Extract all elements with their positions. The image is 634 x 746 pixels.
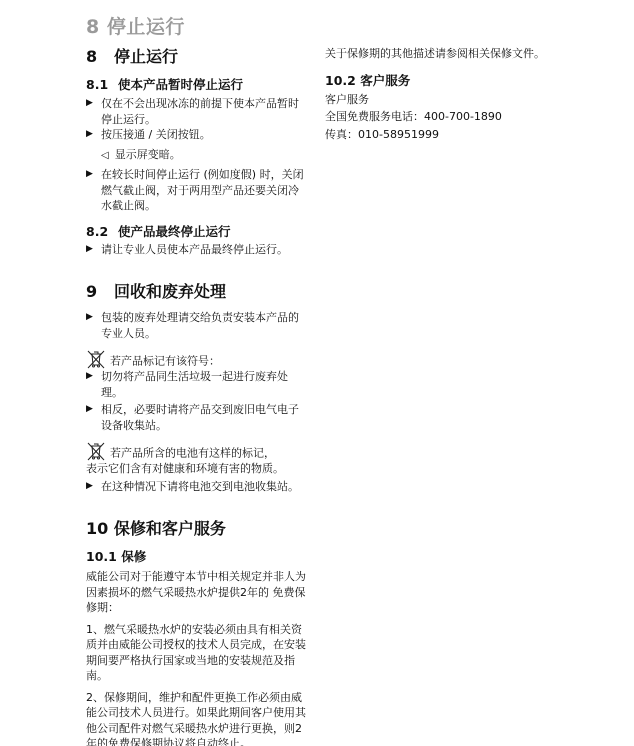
section-9-heading: 9回收和废弃处理: [86, 279, 308, 302]
section-8-1-heading: 8.1使本产品暂时停止运行: [86, 75, 308, 93]
section-8-heading: 8停止运行: [86, 44, 308, 67]
list-item: ▶ 相反，必要时请将产品交到废旧电气电子设备收集站。: [86, 402, 308, 433]
warranty-paragraph: 1、燃气采暖热水炉的安装必须由具有相关资质并由威能公司授权的技术人员完成，在安装…: [86, 622, 308, 684]
bullet-icon: ▶: [86, 402, 93, 418]
result-item: ◁显示屏变暗。: [86, 147, 308, 164]
list-item: ▶ 包装的废弃处理请交给负责安装本产品的专业人员。: [86, 310, 308, 341]
bullet-icon: ▶: [86, 242, 93, 258]
right-column: 关于保修期的其他描述请参阅相关保修文件。 10.2 客户服务 客户服务 全国免费…: [325, 46, 549, 142]
weee-symbol-note: 若产品标记有该符号：: [86, 349, 308, 369]
section-10-heading: 10 保修和客户服务: [86, 516, 308, 539]
bullet-icon: ▶: [86, 310, 93, 326]
warranty-paragraph: 威能公司对于能遵守本节中相关规定并非人为因素损坏的燃气采暖热水炉提供2年的 免费…: [86, 569, 308, 616]
bullet-icon: ▶: [86, 479, 93, 495]
bullet-icon: ▶: [86, 167, 93, 183]
section-10-2-heading: 10.2 客户服务: [325, 71, 549, 89]
crossed-out-wheelie-bin-icon: [86, 349, 106, 369]
bullet-icon: ▶: [86, 369, 93, 385]
hotline-text: 全国免费服务电话：400-700-1890: [325, 109, 549, 125]
warranty-reference-paragraph: 关于保修期的其他描述请参阅相关保修文件。: [325, 46, 549, 62]
list-item: ▶ 切勿将产品同生活垃圾一起进行废弃处理。: [86, 369, 308, 400]
running-head: 8 停止运行: [86, 12, 185, 39]
result-icon: ◁: [101, 150, 109, 161]
list-item: ▶ 请让专业人员使本产品最终停止运行。: [86, 242, 308, 258]
customer-service-label: 客户服务: [325, 92, 549, 108]
fax-text: 传真：010-58951999: [325, 127, 549, 143]
bullet-icon: ▶: [86, 96, 93, 112]
list-item: ▶ 仅在不会出现冰冻的前提下使本产品暂时停止运行。: [86, 96, 308, 127]
crossed-out-wheelie-bin-icon: [86, 441, 106, 461]
bullet-icon: ▶: [86, 127, 93, 143]
list-item: ▶ 按压接通 / 关闭按钮。: [86, 127, 308, 143]
battery-note-text: 表示它们含有对健康和环境有害的物质。: [86, 461, 308, 477]
list-item: ▶ 在较长时间停止运行 (例如度假) 时，关闭燃气截止阀，对于两用型产品还要关闭…: [86, 167, 308, 214]
left-column: 8停止运行 8.1使本产品暂时停止运行 ▶ 仅在不会出现冰冻的前提下使本产品暂时…: [86, 44, 308, 746]
list-item: ▶ 在这种情况下请将电池交到电池收集站。: [86, 479, 308, 495]
section-8-2-heading: 8.2使产品最终停止运行: [86, 222, 308, 240]
battery-symbol-note: 若产品所含的电池有这样的标记，: [86, 441, 308, 461]
warranty-paragraph: 2、保修期间，维护和配件更换工作必须由威能公司技术人员进行。如果此期间客户使用其…: [86, 690, 308, 746]
section-10-1-heading: 10.1 保修: [86, 547, 308, 565]
